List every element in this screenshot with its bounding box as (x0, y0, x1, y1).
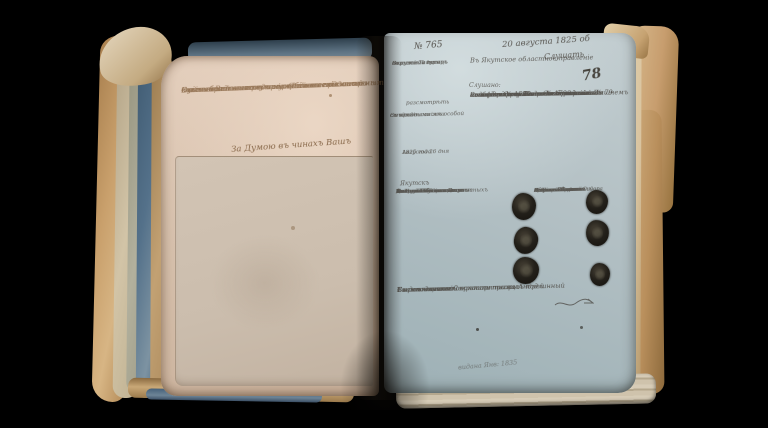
left-page: Ею невозможностью нуждъ мои приложенныя … (161, 56, 379, 396)
ink-seal-1 (512, 193, 536, 220)
margin-note-line: 1825 года (402, 148, 431, 158)
ink-seal-4 (586, 190, 608, 214)
margin-note-2: разсмотрѣть (406, 98, 450, 108)
margin-note-line: свѣдѣнія (390, 111, 419, 121)
ink-seal-5 (585, 219, 611, 247)
left-page-signature: За Думою въ чинахъ Вашъ (231, 135, 371, 155)
signature-flourish (554, 295, 594, 311)
margin-note-line: волостной писецъ (392, 59, 448, 69)
fox-spot (329, 94, 332, 97)
seal-caption-line: Омуки (534, 187, 552, 196)
closing-line: Сыромятниковъ (397, 283, 457, 296)
ink-seal-6 (590, 263, 610, 286)
document-number: № 765 (414, 40, 443, 52)
addressee-line: Въ Якутское областное правленіе (470, 53, 594, 64)
right-page: № 765 20 августа 1825 об Слушать Въ Якут… (384, 33, 636, 393)
body-line: повѣрить оный опредѣлительно (470, 88, 590, 102)
date-line: 20 августа 1825 об (502, 34, 590, 50)
folio-number: 78 (581, 65, 603, 84)
fox-spot (291, 226, 295, 230)
witness-line: по Якутску (396, 187, 431, 197)
pasted-sheet-patch (175, 156, 373, 386)
bottom-faded-note: видана Янв: 1835 (458, 358, 518, 371)
ink-seal-3 (513, 257, 539, 284)
handwriting-line: Отставной въ полученіи Обывательски отмѣ… (181, 75, 399, 97)
left-page-handwriting: Ею невозможностью нуждъ мои приложенныя … (181, 76, 367, 83)
ink-speck (580, 326, 583, 329)
ink-speck (476, 328, 479, 331)
section-label: Слушано: (469, 82, 501, 89)
ink-seal-2 (512, 225, 540, 255)
photograph-open-manuscript-book: Ею невозможностью нуждъ мои приложенныя … (0, 0, 768, 428)
